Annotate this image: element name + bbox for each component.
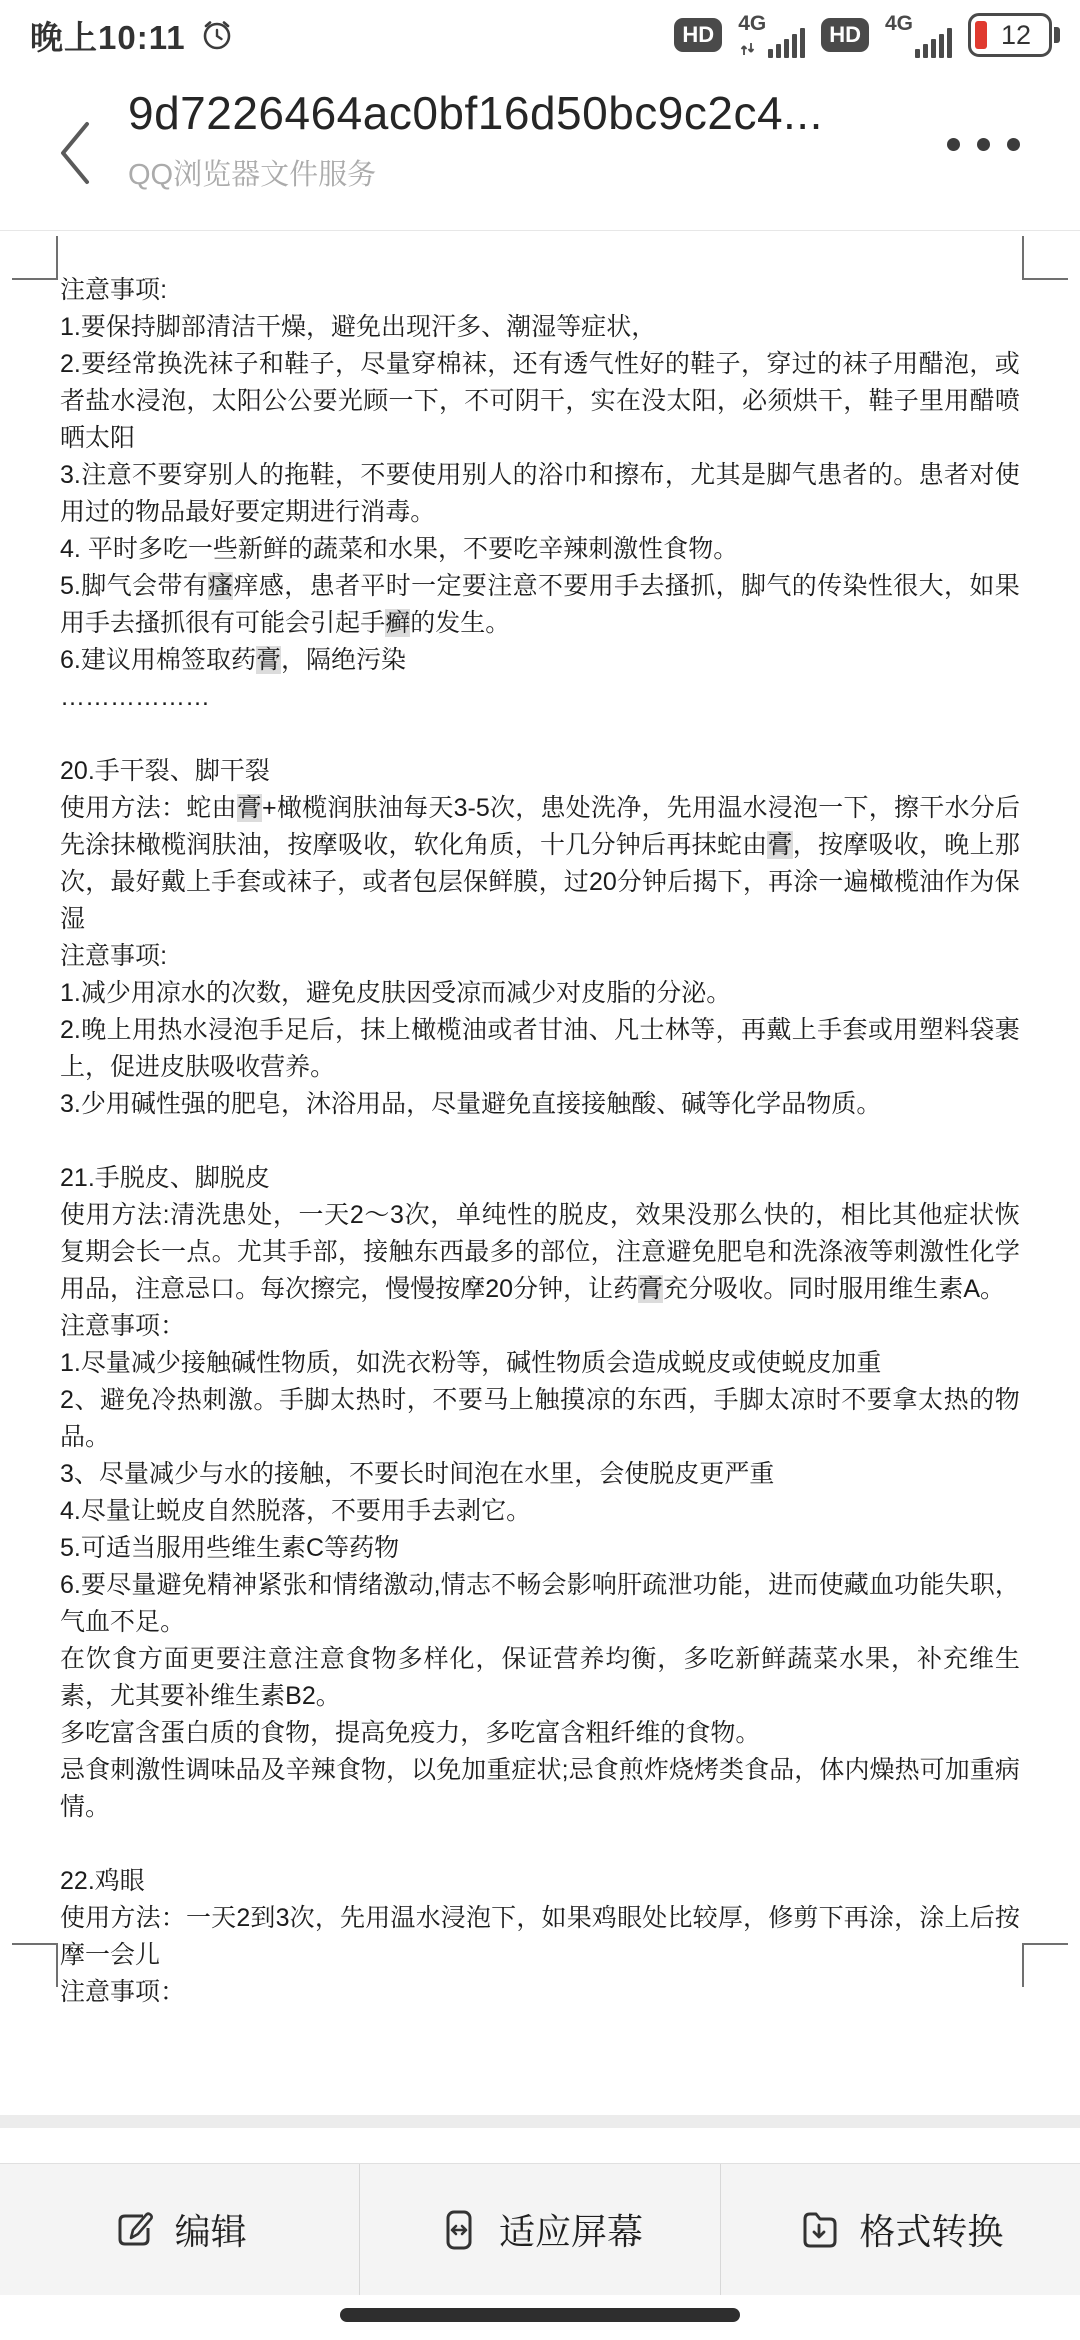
doc-paragraph: 4. 平时多吃一些新鲜的蔬菜和水果，不要吃辛辣刺激性食物。	[60, 531, 1020, 568]
doc-paragraph: 1.尽量减少接触碱性物质，如洗衣粉等，碱性物质会造成蜕皮或使蜕皮加重	[60, 1345, 1020, 1382]
doc-paragraph: 22.鸡眼	[60, 1863, 1020, 1900]
doc-paragraph: 1.减少用凉水的次数，避免皮肤因受凉而减少对皮脂的分泌。	[60, 975, 1020, 1012]
alarm-icon	[200, 18, 234, 52]
file-convert-icon	[797, 2208, 841, 2252]
document-viewer[interactable]: 注意事项:1.要保持脚部清洁干燥，避免出现汗多、潮湿等症状，2.要经常换洗袜子和…	[0, 232, 1080, 2163]
page-corner-mark	[12, 236, 58, 280]
hd-icon: HD	[674, 18, 722, 52]
doc-paragraph: 2.要经常换洗袜子和鞋子，尽量穿棉袜，还有透气性好的鞋子，穿过的袜子用醋泡，或者…	[60, 346, 1020, 457]
gesture-nav-area	[0, 2295, 1080, 2340]
doc-paragraph: 3、尽量减少与水的接触，不要长时间泡在水里，会使脱皮更严重	[60, 1456, 1020, 1493]
doc-paragraph: 6.建议用棉签取药膏，隔绝污染	[60, 642, 1020, 679]
doc-paragraph	[60, 1123, 1020, 1160]
page-corner-mark	[1022, 236, 1068, 280]
overflow-menu-button[interactable]	[937, 128, 1030, 161]
edit-pencil-icon	[113, 2208, 157, 2252]
back-button[interactable]	[44, 108, 104, 198]
chevron-left-icon	[55, 118, 93, 188]
doc-paragraph: 4.尽量让蜕皮自然脱落，不要用手去剥它。	[60, 1493, 1020, 1530]
fit-screen-button[interactable]: 适应屏幕	[359, 2164, 719, 2295]
home-indicator[interactable]	[340, 2308, 740, 2322]
hd-icon: HD	[821, 18, 869, 52]
doc-paragraph: 3.注意不要穿别人的拖鞋，不要使用别人的浴巾和擦布，尤其是脚气患者的。患者对使用…	[60, 457, 1020, 531]
signal-icon: 4G	[885, 12, 952, 58]
battery-percent: 12	[987, 20, 1045, 51]
bottom-toolbar: 编辑 适应屏幕 格式转换	[0, 2163, 1080, 2295]
dot-icon	[1007, 138, 1020, 151]
doc-paragraph: 注意事项:	[60, 938, 1020, 975]
doc-paragraph: 6.要尽量避免精神紧张和情绪激动,情志不畅会影响肝疏泄功能，进而使藏血功能失职，…	[60, 1567, 1020, 1641]
doc-paragraph: 使用方法：蛇由膏+橄榄润肤油每天3-5次，患处洗净，先用温水浸泡一下，擦干水分后…	[60, 790, 1020, 938]
battery-icon: 12	[968, 13, 1060, 57]
clock-time: 晚上10:11	[30, 12, 186, 59]
title-bar: 9d7226464ac0bf16d50bc9c2c4... QQ浏览器文件服务	[0, 70, 1080, 231]
signal-icon: 4G	[738, 12, 805, 58]
doc-paragraph: 5.可适当服用些维生素C等药物	[60, 1530, 1020, 1567]
doc-paragraph	[60, 716, 1020, 753]
page-corner-mark	[1022, 1943, 1068, 1987]
doc-paragraph: 使用方法:清洗患处，一天2～3次，单纯性的脱皮，效果没那么快的，相比其他症状恢复…	[60, 1197, 1020, 1308]
doc-paragraph: 2.晚上用热水浸泡手足后，抹上橄榄油或者甘油、凡士林等，再戴上手套或用塑料袋裹上…	[60, 1012, 1020, 1086]
page-title: 9d7226464ac0bf16d50bc9c2c4...	[128, 86, 918, 140]
doc-paragraph: 注意事项：	[60, 1308, 1020, 1345]
page-corner-mark	[12, 1943, 58, 1987]
doc-paragraph: 使用方法：一天2到3次，先用温水浸泡下，如果鸡眼处比较厚，修剪下再涂，涂上后按摩…	[60, 1900, 1020, 1974]
doc-paragraph: 2、避免冷热刺激。手脚太热时，不要马上触摸凉的东西，手脚太凉时不要拿太热的物品。	[60, 1382, 1020, 1456]
doc-paragraph: 5.脚气会带有瘙痒感，患者平时一定要注意不要用手去搔抓，脚气的传染性很大，如果用…	[60, 568, 1020, 642]
doc-paragraph	[60, 1826, 1020, 1863]
page-subtitle: QQ浏览器文件服务	[128, 152, 918, 193]
document-text: 注意事项:1.要保持脚部清洁干燥，避免出现汗多、潮湿等症状，2.要经常换洗袜子和…	[60, 272, 1020, 2011]
doc-paragraph: 在饮食方面更要注意注意食物多样化，保证营养均衡，多吃新鲜蔬菜水果，补充维生素，尤…	[60, 1641, 1020, 1715]
dot-icon	[977, 138, 990, 151]
doc-paragraph: ………………	[60, 679, 1020, 716]
format-convert-button[interactable]: 格式转换	[720, 2164, 1080, 2295]
doc-paragraph: 20.手干裂、脚干裂	[60, 753, 1020, 790]
page-separator	[0, 2115, 1080, 2128]
battery-level-fill	[975, 21, 987, 49]
doc-paragraph: 忌食刺激性调味品及辛辣食物，以免加重症状;忌食煎炸烧烤类食品，体内燥热可加重病情…	[60, 1752, 1020, 1826]
status-bar: 晚上10:11 HD 4G HD 4G	[0, 0, 1080, 70]
dot-icon	[947, 138, 960, 151]
doc-paragraph: 注意事项：	[60, 1974, 1020, 2011]
doc-paragraph: 21.手脱皮、脚脱皮	[60, 1160, 1020, 1197]
doc-paragraph: 多吃富含蛋白质的食物，提高免疫力，多吃富含粗纤维的食物。	[60, 1715, 1020, 1752]
doc-paragraph: 注意事项:	[60, 272, 1020, 309]
edit-button[interactable]: 编辑	[0, 2164, 359, 2295]
fit-width-icon	[437, 2208, 481, 2252]
doc-paragraph: 1.要保持脚部清洁干燥，避免出现汗多、潮湿等症状，	[60, 309, 1020, 346]
doc-paragraph: 3.少用碱性强的肥皂，沐浴用品，尽量避免直接接触酸、碱等化学品物质。	[60, 1086, 1020, 1123]
data-arrows-icon	[740, 42, 756, 56]
